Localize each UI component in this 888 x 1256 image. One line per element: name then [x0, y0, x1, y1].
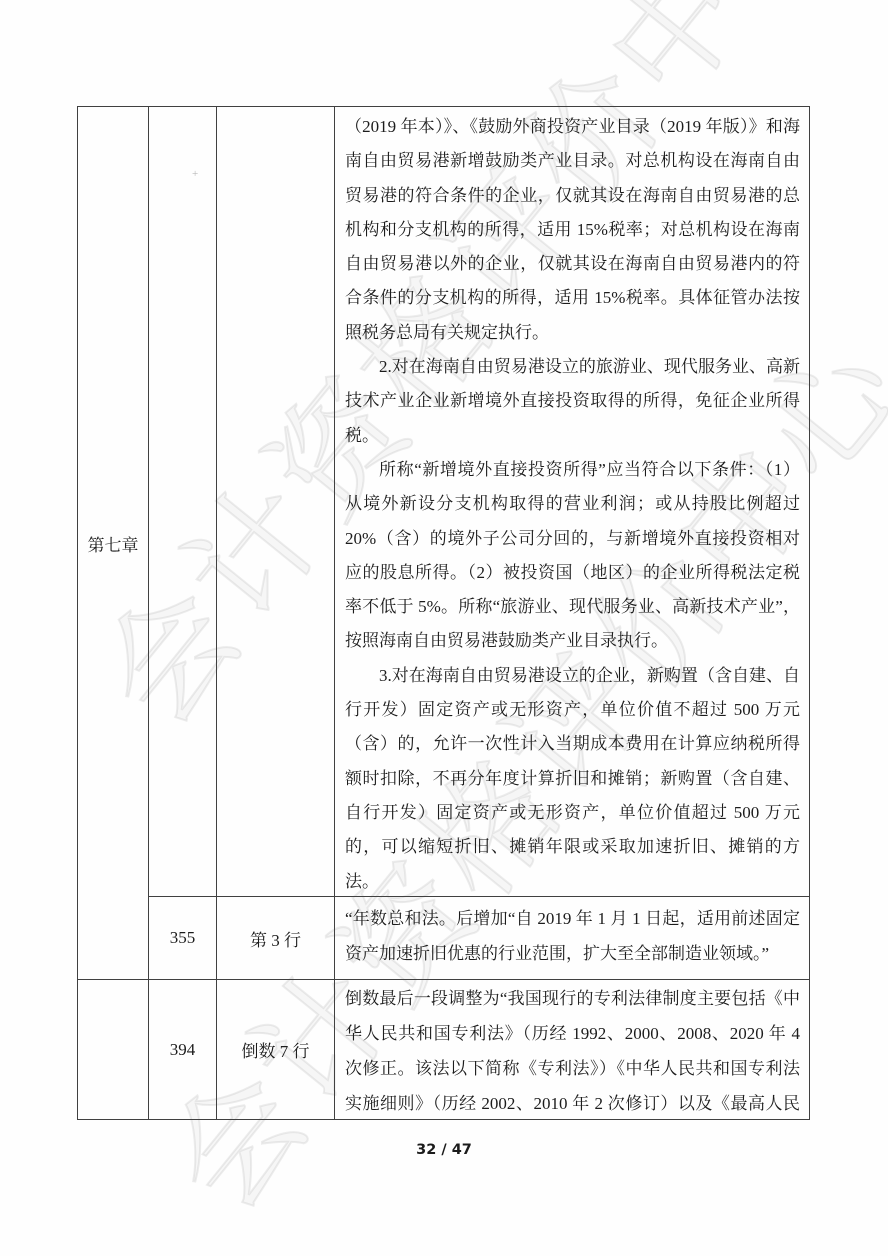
- content-text-block: （2019 年本）》、《鼓励外商投资产业目录（2019 年版）》和海南自由贸易港…: [335, 107, 809, 896]
- line-ref-value: 第 3 行: [250, 931, 301, 950]
- page-number-footer: 32 / 47: [0, 1142, 888, 1158]
- line-ref-cell: [217, 107, 335, 897]
- content-paragraph: （2019 年本）》、《鼓励外商投资产业目录（2019 年版）》和海南自由贸易港…: [345, 110, 800, 350]
- stray-scan-mark: +: [192, 168, 198, 180]
- content-paragraph: 倒数最后一段调整为“我国现行的专利法律制度主要包括《中华人民共和国专利法》（历经…: [345, 981, 800, 1118]
- page-number-cell: 355: [149, 897, 217, 980]
- content-text-block: 倒数最后一段调整为“我国现行的专利法律制度主要包括《中华人民共和国专利法》（历经…: [335, 980, 809, 1118]
- content-cell: 倒数最后一段调整为“我国现行的专利法律制度主要包括《中华人民共和国专利法》（历经…: [335, 980, 810, 1120]
- line-ref-cell: 第 3 行: [217, 897, 335, 980]
- chapter-cell: 第七章: [78, 107, 149, 980]
- content-cell: （2019 年本）》、《鼓励外商投资产业目录（2019 年版）》和海南自由贸易港…: [335, 107, 810, 897]
- content-paragraph: 所称“新增境外直接投资所得”应当符合以下条件：（1）从境外新设分支机构取得的营业…: [345, 453, 800, 659]
- document-page: 会计资格评价中心 会计资格评价中心 + 第七章: [0, 0, 888, 1256]
- page-number-value: 394: [170, 1040, 196, 1059]
- table-row: 394 倒数 7 行 倒数最后一段调整为“我国现行的专利法律制度主要包括《中华人…: [78, 980, 810, 1120]
- revision-table: 第七章 （2019 年本）》、《鼓励外商投资产业目录（2019 年版）》和海南自…: [77, 106, 810, 1120]
- line-ref-cell: 倒数 7 行: [217, 980, 335, 1120]
- content-cell: “年数总和法。后增加“自 2019 年 1 月 1 日起，适用前述固定资产加速折…: [335, 897, 810, 980]
- content-text-block: “年数总和法。后增加“自 2019 年 1 月 1 日起，适用前述固定资产加速折…: [335, 897, 809, 979]
- page-number-cell: 394: [149, 980, 217, 1120]
- chapter-label: 第七章: [88, 536, 139, 555]
- page-number-value: 355: [170, 928, 196, 947]
- chapter-cell: [78, 980, 149, 1120]
- table-row: 第七章 （2019 年本）》、《鼓励外商投资产业目录（2019 年版）》和海南自…: [78, 107, 810, 897]
- content-paragraph: 3.对在海南自由贸易港设立的企业，新购置（含自建、自行开发）固定资产或无形资产，…: [345, 659, 800, 896]
- page-number-cell: [149, 107, 217, 897]
- line-ref-value: 倒数 7 行: [242, 1042, 310, 1061]
- content-paragraph: 2.对在海南自由贸易港设立的旅游业、现代服务业、高新技术产业企业新增境外直接投资…: [345, 350, 800, 453]
- table-row: 355 第 3 行 “年数总和法。后增加“自 2019 年 1 月 1 日起，适…: [78, 897, 810, 980]
- content-paragraph: “年数总和法。后增加“自 2019 年 1 月 1 日起，适用前述固定资产加速折…: [345, 901, 800, 971]
